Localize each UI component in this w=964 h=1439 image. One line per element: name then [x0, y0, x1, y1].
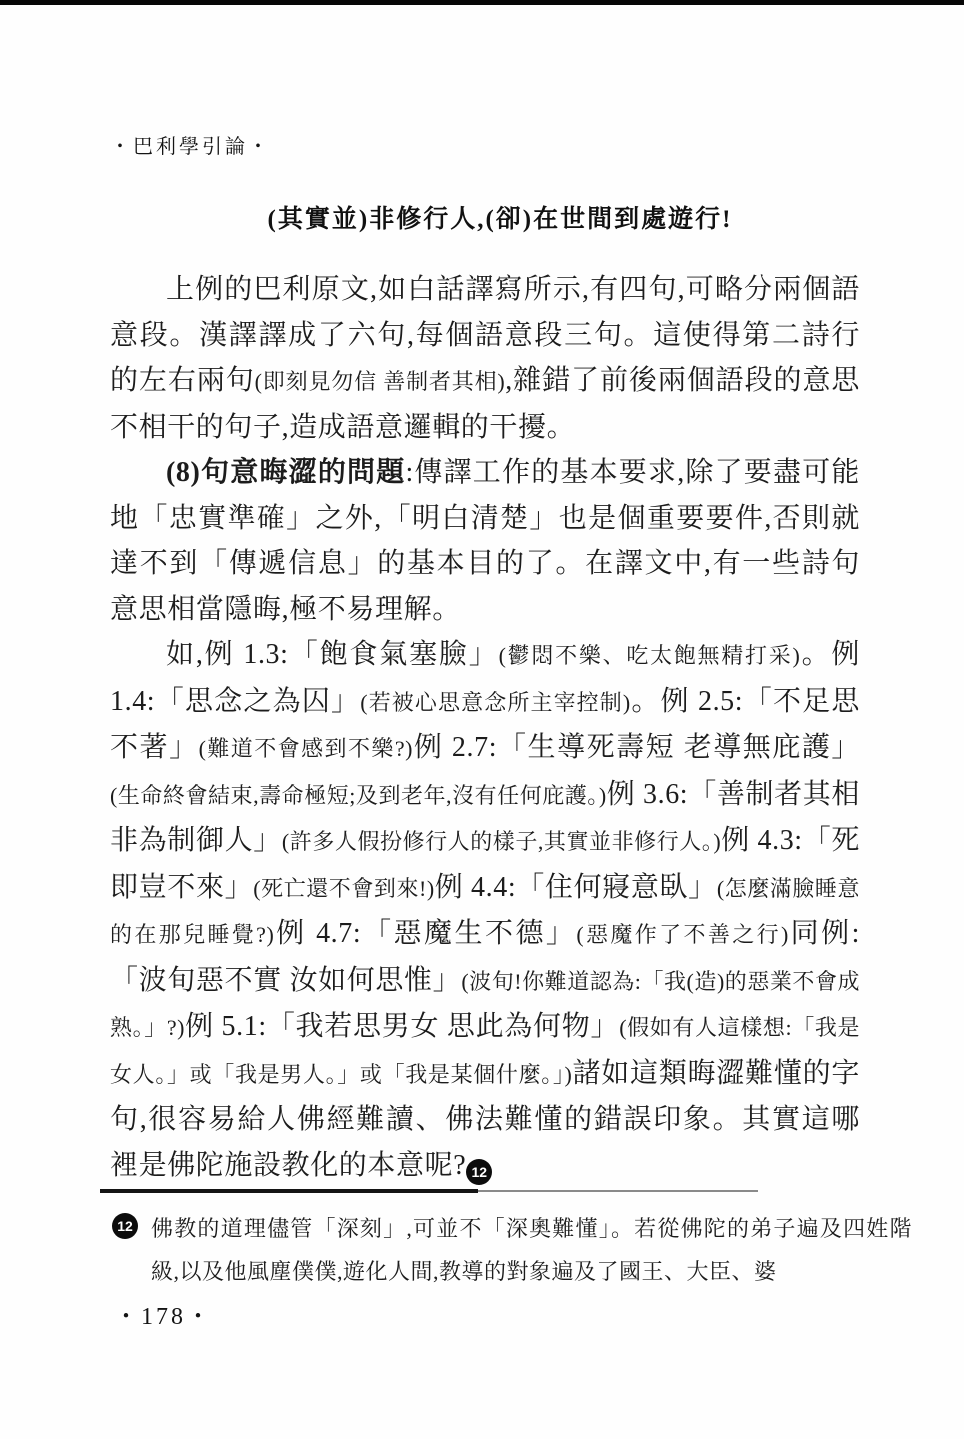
paragraph-3: 如,例 1.3:「飽食氣塞臉」(鬱悶不樂、吃太飽無精打采)。例 1.4:「思念之… — [110, 632, 860, 1188]
footnote-separator-rule-faint — [478, 1190, 758, 1192]
footnote-text: 佛教的道理儘管「深刻」,可並不「深奧難懂」。若從佛陀的弟子遍及四姓階級,以及他風… — [151, 1207, 912, 1293]
text-run: 例 4.4:「住何寢意臥」 — [435, 872, 717, 903]
footnote-ref-marker: 12 — [466, 1159, 492, 1185]
paragraph-2: (8)句意晦澀的問題:傳譯工作的基本要求,除了要盡可能地「忠實準確」之外,「明白… — [110, 450, 860, 632]
text-run: (許多人假扮修行人的樣子,其實並非修行人。) — [282, 829, 721, 854]
running-header: ・巴利學引論・ — [110, 130, 860, 159]
text-run: 如,例 1.3:「飽食氣塞臉」 — [166, 639, 499, 670]
text-run: (生命終會結束,壽命極短;及到老年,沒有任何庇護。) — [110, 783, 607, 808]
paragraph-1: 上例的巴利原文,如白話譯寫所示,有四句,可略分兩個語意段。漢譯譯成了六句,每個語… — [110, 267, 860, 450]
scanned-book-page: ・巴利學引論・ (其實並)非修行人,(卻)在世間到處遊行! 上例的巴利原文,如白… — [0, 0, 964, 1439]
text-run: (鬱悶不樂、吃太飽無精打采) — [499, 643, 801, 668]
body-text: 上例的巴利原文,如白話譯寫所示,有四句,可略分兩個語意段。漢譯譯成了六句,每個語… — [110, 267, 860, 1188]
text-run: 佛教的道理儘管「深刻」,可並不「深奧難懂」。若從佛陀的弟子遍及四姓階級,以及他風… — [151, 1216, 912, 1284]
text-run: 例 5.1:「我若思男女 思此為何物」 — [185, 1011, 619, 1042]
text-run: (8)句意晦澀的問題 — [166, 457, 405, 488]
footnote: 12 佛教的道理儘管「深刻」,可並不「深奧難懂」。若從佛陀的弟子遍及四姓階級,以… — [112, 1207, 912, 1293]
footnote-separator-rule — [100, 1189, 478, 1193]
footnote-number-marker: 12 — [112, 1213, 138, 1239]
page-number: ・178・ — [114, 1296, 213, 1331]
text-run: (即刻見勿信 善制者其相) — [255, 369, 506, 394]
page-content: ・巴利學引論・ (其實並)非修行人,(卻)在世間到處遊行! 上例的巴利原文,如白… — [110, 0, 860, 1188]
text-run: (惡魔作了不善之行) — [576, 922, 788, 947]
text-run: 例 4.7:「惡魔生不德」 — [274, 918, 576, 949]
text-run: (死亡還不會到來!) — [253, 876, 434, 901]
text-run: (若被心思意念所主宰控制) — [360, 690, 630, 715]
text-run: 例 2.7:「生導死壽短 老導無庇護」 — [413, 732, 860, 763]
verse-line: (其實並)非修行人,(卻)在世間到處遊行! — [110, 199, 860, 235]
text-run: (難道不會感到不樂?) — [199, 736, 413, 761]
